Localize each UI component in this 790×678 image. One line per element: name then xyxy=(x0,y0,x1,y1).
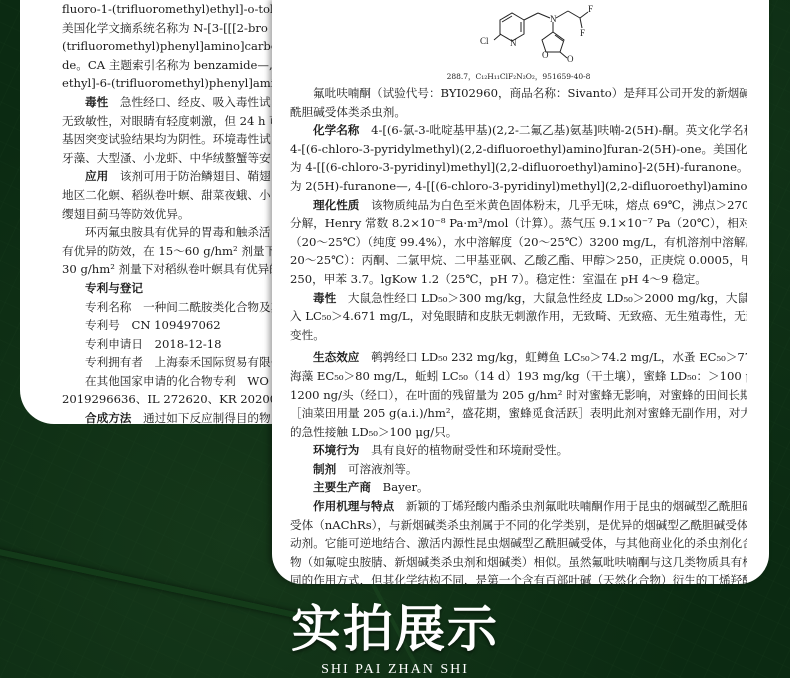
left-book-page: fluoro-1-(trifluoromethyl)ethyl]-o-tolyl… xyxy=(20,0,282,424)
properties-section: 理化性质 该物质纯品为白色至米黄色固体粉末，几乎无味，熔点 69℃，沸点＞270… xyxy=(290,196,747,215)
patent-name-row: 专利名称 一种间二酰胺类化合物及其 xyxy=(62,298,282,317)
section-subtitle: SHI PAI ZHAN SHI xyxy=(0,662,790,678)
text-line: 缨翅目蓟马等防效优异。 xyxy=(62,205,282,224)
section-label: 环境行为 xyxy=(313,443,359,457)
text-line: 美国化学文摘系统名称为 N-[3-[[[2-bro xyxy=(62,19,282,38)
chemical-structure-icon: Cl N N F F O O xyxy=(470,0,690,62)
section-label: 毒性 xyxy=(313,291,336,305)
svg-text:O: O xyxy=(567,54,574,62)
toxicity-section: 毒性 大鼠急性经口 LD₅₀＞300 mg/kg，大鼠急性经皮 LD₅₀＞200… xyxy=(290,289,747,308)
patent-heading: 专利与登记 xyxy=(62,279,282,298)
svg-text:N: N xyxy=(510,38,517,48)
text-line: 动剂。它能可逆地结合、激活内源性昆虫烟碱型乙酰胆碱受体，与其他商业化的杀虫剂化合 xyxy=(290,534,747,553)
toxicity-section: 毒性 急性经口、经皮、吸入毒性试 xyxy=(62,93,282,112)
ecology-section: 生态效应 鹌鹑经口 LD₅₀ 232 mg/kg，虹鳟鱼 LC₅₀＞74.2 m… xyxy=(290,348,747,367)
synthesis-section: 合成方法 通过如下反应制得目的物： xyxy=(62,409,282,424)
text-line: 无致敏性，对眼睛有轻度刺激，但 24 h 可 xyxy=(62,112,282,131)
text-line: 250，甲苯 3.7。lgKow 1.2（25℃，pH 7）。稳定性：室温在 p… xyxy=(290,270,747,289)
section-label: 主要生产商 xyxy=(313,480,371,494)
text-line: （20～25℃）（纯度 99.4%），水中溶解度（20～25℃）3200 mg/… xyxy=(290,233,747,252)
text-line: de。CA 主题索引名称为 benzamide—, N-[3 xyxy=(62,56,282,75)
patent-other-row: 在其他国家申请的化合物专利 WO xyxy=(62,372,282,391)
text-line: 海藻 EC₅₀＞80 mg/L，蚯蚓 LC₅₀（14 d）193 mg/kg（干… xyxy=(290,367,747,386)
patent-date-row: 专利申请日 2018-12-18 xyxy=(62,335,282,354)
text-line: 30 g/hm² 剂量下对稻纵卷叶螟具有优异的防 xyxy=(62,260,282,279)
application-section: 应用 该剂可用于防治鳞翅目、鞘翅目 xyxy=(62,167,282,186)
text-line: 为 4-[[(6-chloro-3-pyridinyl)methyl](2,2-… xyxy=(290,158,747,177)
section-label: 作用机理与特点 xyxy=(313,499,394,513)
text-line: 牙藻、大型溞、小龙虾、中华绒螯蟹等安 xyxy=(62,149,282,168)
chemical-name-section: 化学名称 4-[(6-氯-3-吡啶基甲基)(2,2-二氟乙基)氨基]呋喃-2(5… xyxy=(290,121,747,140)
svg-text:O: O xyxy=(542,50,549,60)
text-line: 为 2(5H)-furanone—, 4-[[(6-chloro-3-pyrid… xyxy=(290,177,747,196)
section-label: 理化性质 xyxy=(313,198,359,212)
text-line: 有优异的防效，在 15～60 g/hm² 剂量下即对 xyxy=(62,242,282,261)
text-line: 物（如氟啶虫胺腈、新烟碱类杀虫剂和烟碱类）相似。虽然氟吡呋喃酮与这几类物质具有相 xyxy=(290,553,747,572)
text-line: 2019296636、IL 272620、KR 2020031684、 xyxy=(62,390,282,409)
text-line: 氟吡呋喃酮（试验代号：BYI02960，商品名称：Sivanto）是拜耳公司开发… xyxy=(290,84,747,103)
text-line: 的急性接触 LD₅₀＞100 μg/只。 xyxy=(290,423,747,442)
text-line: (trifluoromethyl)phenyl]amino]carbonyl]-… xyxy=(62,37,282,56)
molecule-caption: 288.7，C₁₂H₁₁ClF₂N₂O₂，951659-40-8 xyxy=(290,70,747,84)
text-line: 变性。 xyxy=(290,326,747,345)
text-line: 基因突变试验结果均为阴性。环境毒性试 xyxy=(62,130,282,149)
patent-owner-row: 专利拥有者 上海泰禾国际贸易有限公 xyxy=(62,353,282,372)
text-line: fluoro-1-(trifluoromethyl)ethyl]-o-tolyl… xyxy=(62,0,282,19)
text-line: 20～25℃）：丙酮、二氯甲烷、二甲基亚砜、乙酸乙酯、甲醇＞250，正庚烷 0.… xyxy=(290,251,747,270)
molecule-structure: Cl N N F F O O xyxy=(470,0,690,60)
text-line: 同的作用方式，但其化学结构不同，是第一个含有百部叶碱（天然化合物）衍生的丁烯羟酸 xyxy=(290,571,747,584)
text-line: 受体（nAChRs），与新烟碱类杀虫剂属于不同的化学类别，是优异的烟碱型乙酰胆碱… xyxy=(290,516,747,535)
section-title: 实拍展示 xyxy=(0,598,790,660)
section-label: 制剂 xyxy=(313,462,336,476)
text-line: 分解，Henry 常数 8.2×10⁻⁸ Pa·m³/mol（计算）。蒸气压 9… xyxy=(290,214,747,233)
svg-text:F: F xyxy=(588,4,593,14)
text-line: 4-[(6-chloro-3-pyridylmethyl)(2,2-difluo… xyxy=(290,140,747,159)
section-label: 合成方法 xyxy=(85,411,131,424)
patent-number-row: 专利号 CN 109497062 xyxy=(62,316,282,335)
svg-text:F: F xyxy=(580,28,585,38)
environment-section: 环境行为 具有良好的植物耐受性和环境耐受性。 xyxy=(290,441,747,460)
text-line: 1200 ng/头（经口），在叶面的残留量为 205 g/hm² 时对蜜蜂无影响… xyxy=(290,386,747,405)
text-line: 环丙氟虫胺具有优异的胃毒和触杀活 xyxy=(62,223,282,242)
section-label: 毒性 xyxy=(85,95,108,109)
mechanism-section: 作用机理与特点 新颖的丁烯羟酸内酯杀虫剂氟吡呋喃酮作用于昆虫的烟碱型乙酰胆碱 xyxy=(290,497,747,516)
producer-section: 主要生产商 Bayer。 xyxy=(290,478,747,497)
text-line: ethyl]-6-(trifluoromethyl)phenyl]amino]c… xyxy=(62,74,282,93)
text-line: ［油菜田用量 205 g(a.i.)/hm²，盛花期，蜜蜂觅食活跃］表明此剂对蜜… xyxy=(290,404,747,423)
text-line: 地区二化螟、稻纵卷叶螟、甜菜夜蛾、小 xyxy=(62,186,282,205)
section-label: 应用 xyxy=(85,169,108,183)
section-label: 生态效应 xyxy=(313,350,359,364)
text-line: 入 LC₅₀＞4.671 mg/L，对兔眼睛和皮肤无刺激作用，无致畸、无致癌、无… xyxy=(290,307,747,326)
formulation-section: 制剂 可溶液剂等。 xyxy=(290,460,747,479)
text-line: 酰胆碱受体类杀虫剂。 xyxy=(290,103,747,122)
svg-text:N: N xyxy=(550,14,557,24)
section-label: 化学名称 xyxy=(313,123,359,137)
right-book-page: Cl N N F F O O 288.7，C₁₂H₁₁ClF₂N₂O₂，9516… xyxy=(272,0,769,584)
svg-text:Cl: Cl xyxy=(480,36,489,46)
